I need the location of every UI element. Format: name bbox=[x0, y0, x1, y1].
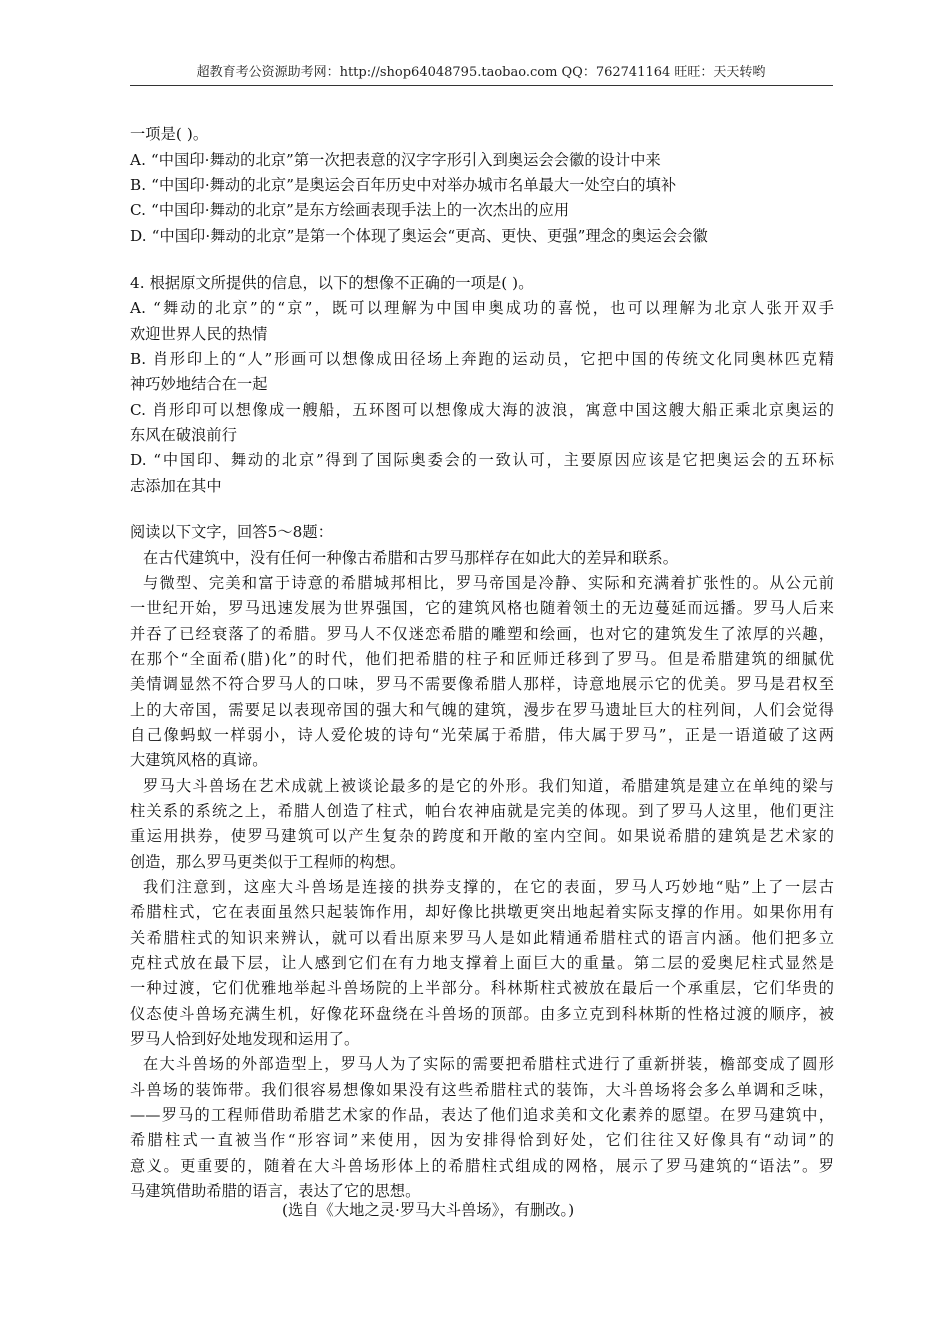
option-a-line-2: 欢迎世界人民的热情 bbox=[130, 324, 834, 344]
paragraph-line: 我们注意到，这座大斗兽场是连接的拱券支撑的，在它的表面，罗马人巧妙地“贴”上了一… bbox=[143, 877, 834, 897]
paragraph-line: 一世纪开始，罗马迅速发展为世界强国，它的建筑风格也随着领土的无边蔓延而远播。罗马… bbox=[130, 598, 834, 618]
paragraph-line: 希腊柱式，它在表面虽然只起装饰作用，却好像比拱墩更突出地起着实际支撑的作用。如果… bbox=[130, 902, 834, 922]
option-d-line-2: 志添加在其中 bbox=[130, 476, 834, 496]
paragraph-line: 柱关系的系统之上，希腊人创造了柱式，帕台农神庙就是完美的体现。到了罗马人这里，他… bbox=[130, 801, 834, 821]
paragraph-line: 在大斗兽场的外部造型上，罗马人为了实际的需要把希腊柱式进行了重新拼装，檐部变成了… bbox=[143, 1054, 834, 1074]
paragraph-line: 美情调显然不符合罗马人的口味，罗马不需要像希腊人那样，诗意地展示它的优美。罗马是… bbox=[130, 674, 834, 694]
paragraph-line: 一种过渡，它们优雅地举起斗兽场院的上半部分。科林斯柱式被放在最后一个承重层，它们… bbox=[130, 978, 834, 998]
paragraph-line: ——罗马的工程师借助希腊艺术家的作品，表达了他们追求美和文化素养的愿望。在罗马建… bbox=[130, 1105, 834, 1125]
reading-instruction: 阅读以下文字，回答5～8题： bbox=[130, 522, 834, 542]
option-c-line-2: 东风在破浪前行 bbox=[130, 425, 834, 445]
question-stem-tail: 一项是( )。 bbox=[130, 124, 834, 144]
option-a-line-1: A. “舞动的北京”的“京”，既可以理解为中国申奥成功的喜悦，也可以理解为北京人… bbox=[130, 298, 834, 318]
paragraph-line: 自己像蚂蚁一样弱小，诗人爱伦坡的诗句“光荣属于希腊，伟大属于罗马”，正是一语道破… bbox=[130, 725, 834, 745]
option-c-line-1: C. 肖形印可以想像成一艘船，五环图可以想像成大海的波浪，寓意中国这艘大船正乘北… bbox=[130, 400, 834, 420]
paragraph-1: 在古代建筑中，没有任何一种像古希腊和古罗马那样存在如此大的差异和联系。 bbox=[143, 548, 834, 568]
paragraph-line: 罗马大斗兽场在艺术成就上被谈论最多的是它的外形。我们知道，希腊建筑是建立在单纯的… bbox=[143, 776, 834, 796]
paragraph-line: 创造，那么罗马更类似于工程师的构想。 bbox=[130, 852, 834, 872]
option-d: D. “中国印·舞动的北京”是第一个体现了奥运会“更高、更快、更强”理念的奥运会… bbox=[130, 226, 834, 246]
header-text: 超教育考公资源助考网：http://shop64048795.taobao.co… bbox=[130, 64, 832, 82]
paragraph-line: 上的大帝国，需要足以表现帝国的强大和气魄的建筑，漫步在罗马遗址巨大的柱列间，人们… bbox=[130, 700, 834, 720]
option-c: C. “中国印·舞动的北京”是东方绘画表现手法上的一次杰出的应用 bbox=[130, 200, 834, 220]
paragraph-line: 马建筑借助希腊的语言，表达了它的思想。 bbox=[130, 1181, 834, 1201]
paragraph-line: 希腊柱式一直被当作“形容词”来使用，因为安排得恰到好处，它们往往又好像具有“动词… bbox=[130, 1130, 834, 1150]
paragraph-line: 意义。更重要的，随着在大斗兽场形体上的希腊柱式组成的网格，展示了罗马建筑的“语法… bbox=[130, 1156, 834, 1176]
option-d-line-1: D. “中国印、舞动的北京”得到了国际奥委会的一致认可，主要原因应该是它把奥运会… bbox=[130, 450, 834, 470]
paragraph-line: 关希腊柱式的知识来辨认，就可以看出原来罗马人是如此精通希腊柱式的语言内涵。他们把… bbox=[130, 928, 834, 948]
paragraph-line: 斗兽场的装饰带。我们很容易想像如果没有这些希腊柱式的装饰，大斗兽场将会多么单调和… bbox=[130, 1080, 834, 1100]
paragraph-line: 大建筑风格的真谛。 bbox=[130, 750, 834, 770]
paragraph-line: 并吞了已经衰落了的希腊。罗马人不仅迷恋希腊的雕塑和绘画，也对它的建筑发生了浓厚的… bbox=[130, 624, 834, 644]
paragraph-line: 重运用拱券，使罗马建筑可以产生复杂的跨度和开敞的室内空间。如果说希腊的建筑是艺术… bbox=[130, 826, 834, 846]
question-stem: 4. 根据原文所提供的信息，以下的想像不正确的一项是( )。 bbox=[130, 273, 834, 293]
paragraph-line: 仪态使斗兽场充满生机，好像花环盘绕在斗兽场的顶部。由多立克到科林斯的性格过渡的顺… bbox=[130, 1004, 834, 1024]
paragraph-line: 在那个“全面希(腊)化”的时代，他们把希腊的柱子和匠师迁移到了罗马。但是希腊建筑… bbox=[130, 649, 834, 669]
paragraph-line: 克柱式放在最下层，让人感到它们在有力地支撑着上面巨大的重量。第二层的爱奥尼柱式显… bbox=[130, 953, 834, 973]
option-a: A. “中国印·舞动的北京”第一次把表意的汉字字形引入到奥运会会徽的设计中来 bbox=[130, 150, 834, 170]
paragraph-line: 与微型、完美和富于诗意的希腊城邦相比，罗马帝国是冷静、实际和充满着扩张性的。从公… bbox=[143, 573, 834, 593]
header-divider bbox=[130, 85, 833, 86]
paragraph-line: 罗马人恰到好处地发现和运用了。 bbox=[130, 1029, 834, 1049]
source-citation: (选自《大地之灵·罗马大斗兽场》，有删改。) bbox=[282, 1200, 950, 1220]
option-b: B. “中国印·舞动的北京”是奥运会百年历史中对举办城市名单最大一处空白的填补 bbox=[130, 175, 834, 195]
option-b-line-2: 神巧妙地结合在一起 bbox=[130, 374, 834, 394]
option-b-line-1: B. 肖形印上的“人”形画可以想像成田径场上奔跑的运动员，它把中国的传统文化同奥… bbox=[130, 349, 834, 369]
